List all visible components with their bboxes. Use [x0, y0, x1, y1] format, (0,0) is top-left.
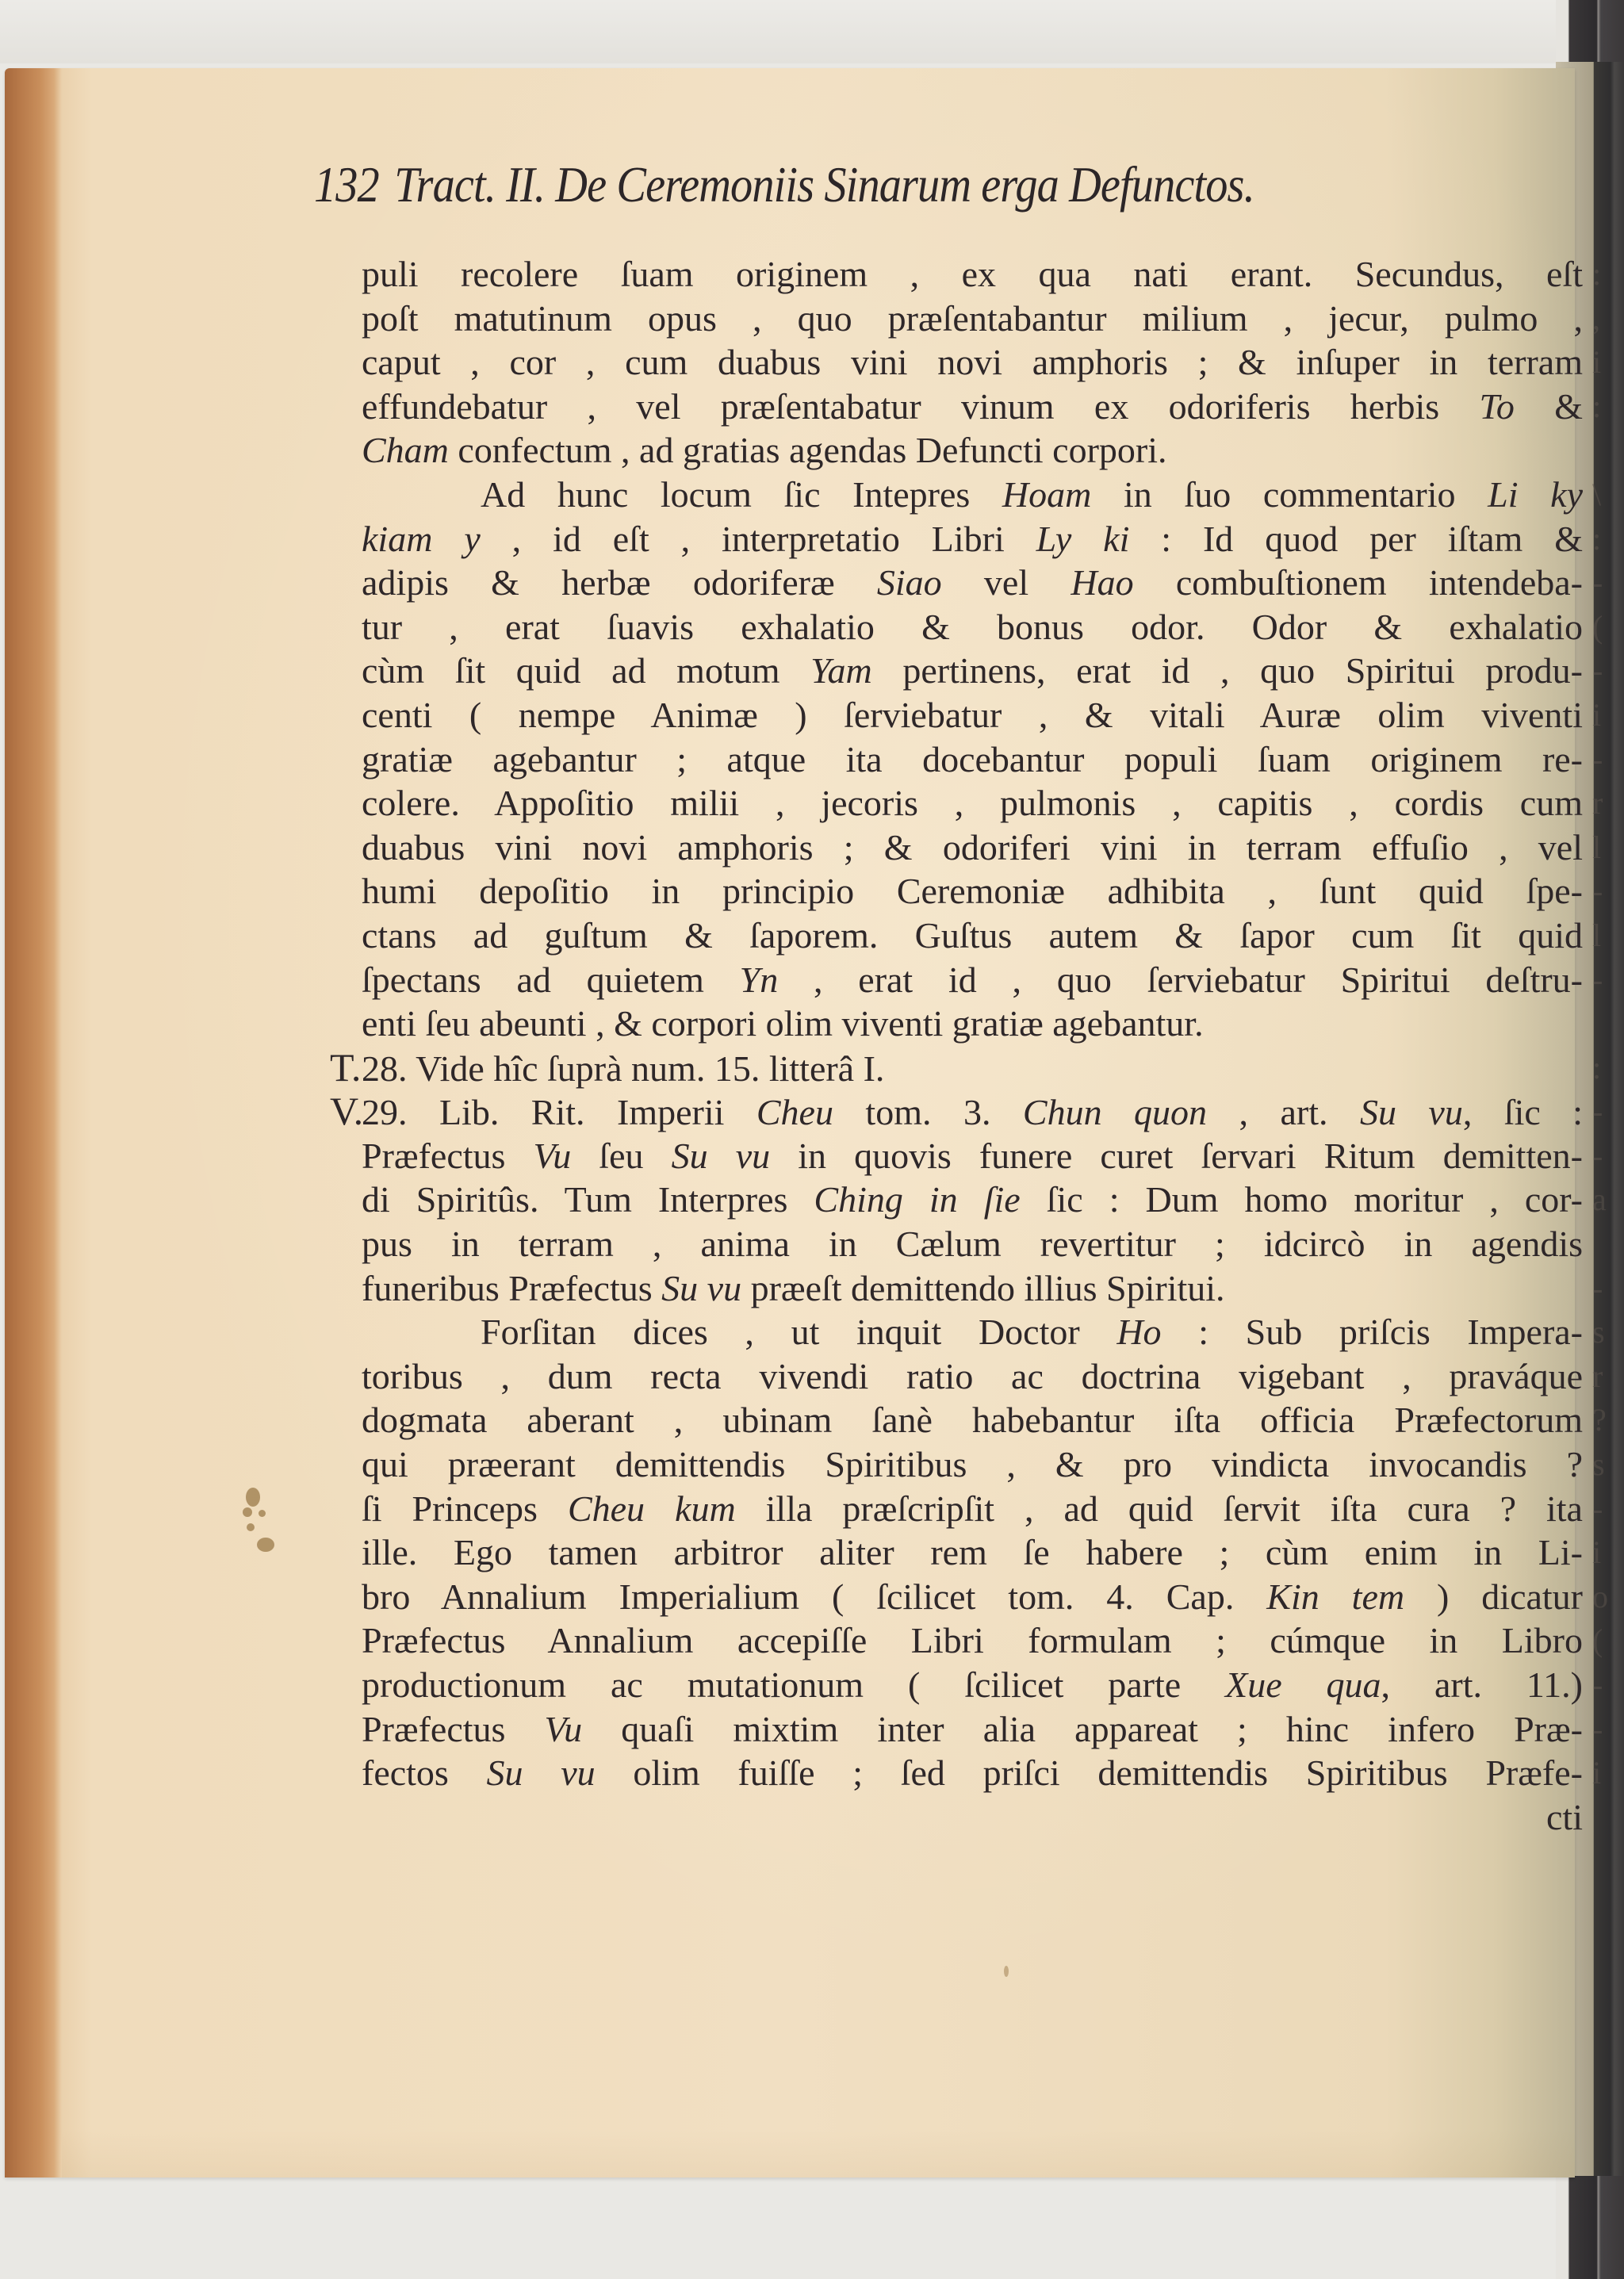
text-line: Præfectus Annalium accepiſſe Libri formu…: [362, 1618, 1583, 1663]
text-line: cùm ſit quid ad motum Yam pertinens, era…: [362, 649, 1583, 693]
text-run: , art.: [1207, 1092, 1360, 1132]
romanized-term: Siao: [877, 562, 942, 603]
romanized-term: Su vu: [672, 1136, 771, 1176]
text-run: : Id quod per iſtam &: [1129, 519, 1583, 559]
text-run: confectum , ad gratias agendas Defuncti …: [449, 430, 1167, 470]
text-run: &: [1515, 386, 1583, 427]
text-run: , id eſt , interpretatio Libri: [481, 519, 1036, 559]
scan-background: [0, 0, 1624, 63]
text-run: Præfectus: [362, 1709, 545, 1749]
text-run: combuſtionem intendeba-: [1134, 562, 1583, 603]
note-label: V.: [330, 1090, 362, 1134]
note-label: T.: [330, 1046, 362, 1090]
running-title: Tract. II. De Ceremoniis Sinarum erga De…: [394, 156, 1254, 213]
ink-stain: [246, 1488, 260, 1507]
text-run: præeſt demittendo illius Spiritui.: [741, 1268, 1224, 1308]
text-run: dogmata aberant , ubinam ſanè habebantur…: [362, 1400, 1583, 1440]
text-run: humi depoſitio in principio Ceremoniæ ad…: [362, 871, 1583, 911]
text-line: qui præerant demittendis Spiritibus , & …: [362, 1442, 1583, 1487]
text-run: ſpectans ad quietem: [362, 959, 740, 1000]
catchword: cti: [1546, 1797, 1583, 1837]
text-run: , ſic :: [1463, 1092, 1583, 1132]
text-line: effundebatur , vel præſentabatur vinum e…: [362, 385, 1583, 429]
text-line: Præfectus Vu ſeu Su vu in quovis funere …: [362, 1134, 1583, 1178]
text-run: ) dicatur: [1404, 1576, 1583, 1617]
romanized-term: Ching in ſie: [814, 1179, 1020, 1220]
text-line: gratiæ agebantur ; atque ita docebantur …: [362, 737, 1583, 782]
text-line: funeribus Præfectus Su vu præeſt demitte…: [362, 1266, 1583, 1311]
text-line: ſi Princeps Cheu kum illa præſcripſit , …: [362, 1487, 1583, 1531]
romanized-term: Vu: [545, 1709, 583, 1749]
text-run: , erat id , quo ſerviebatur Spiritui deſ…: [778, 959, 1583, 1000]
ink-stain: [247, 1523, 255, 1531]
text-run: qui præerant demittendis Spiritibus , & …: [362, 1444, 1583, 1484]
text-run: pertinens, erat id , quo Spiritui produ-: [872, 650, 1583, 691]
text-line: di Spiritûs. Tum Interpres Ching in ſie …: [362, 1178, 1583, 1222]
text-run: adipis & herbæ odoriferæ: [362, 562, 877, 603]
text-run: puli recolere ſuam originem , ex qua nat…: [362, 254, 1583, 294]
text-line: duabus vini novi amphoris ; & odoriferi …: [362, 825, 1583, 870]
text-run: ſeu: [571, 1136, 671, 1176]
text-run: olim fuiſſe ; ſed priſci demittendis Spi…: [596, 1752, 1583, 1793]
romanized-term: Cheu kum: [568, 1488, 736, 1529]
romanized-term: Kin tem: [1266, 1576, 1404, 1617]
text-line: caput , cor , cum duabus vini novi ampho…: [362, 340, 1583, 385]
ink-stain: [257, 1538, 274, 1552]
catchword-line: cti: [362, 1795, 1583, 1840]
text-run: ſi Princeps: [362, 1488, 568, 1529]
body-text: puli recolere ſuam originem , ex qua nat…: [362, 252, 1583, 1839]
text-run: ille. Ego tamen arbitror aliter rem ſe h…: [362, 1532, 1583, 1572]
text-run: enti ſeu abeunti , & corpori olim vivent…: [362, 1003, 1204, 1044]
text-run: illa præſcripſit , ad quid ſervit iſta c…: [736, 1488, 1583, 1529]
text-line: Cham confectum , ad gratias agendas Defu…: [362, 428, 1583, 473]
text-run: , art. 11.): [1381, 1664, 1583, 1705]
text-run: productionum ac mutationum ( ſcilicet pa…: [362, 1664, 1225, 1705]
ink-stain: [259, 1510, 266, 1517]
text-line: toribus , dum recta vivendi ratio ac doc…: [362, 1354, 1583, 1399]
text-run: Præfectus Annalium accepiſſe Libri formu…: [362, 1620, 1583, 1660]
text-line: productionum ac mutationum ( ſcilicet pa…: [362, 1663, 1583, 1707]
romanized-term: Cham: [362, 430, 449, 470]
text-run: caput , cor , cum duabus vini novi ampho…: [362, 342, 1583, 382]
text-line: ſpectans ad quietem Yn , erat id , quo ſ…: [362, 958, 1583, 1002]
romanized-term: Ho: [1116, 1312, 1161, 1352]
text-run: Forſitan dices , ut inquit Doctor: [481, 1312, 1116, 1352]
text-line: dogmata aberant , ubinam ſanè habebantur…: [362, 1398, 1583, 1442]
text-run: effundebatur , vel præſentabatur vinum e…: [362, 386, 1480, 427]
text-run: di Spiritûs. Tum Interpres: [362, 1179, 814, 1220]
romanized-term: Xue qua: [1225, 1664, 1381, 1705]
running-head: 132Tract. II. De Ceremoniis Sinarum erga…: [314, 155, 1438, 214]
text-run: tom. 3.: [833, 1092, 1023, 1132]
ink-stain: [1004, 1966, 1009, 1977]
text-line: kiam y , id eſt , interpretatio Libri Ly…: [362, 517, 1583, 561]
book-page: 132Tract. II. De Ceremoniis Sinarum erga…: [5, 68, 1575, 2177]
bleed-through-margin: : , i : \ : - ( - i - r l - l - : - - a …: [1592, 252, 1611, 1795]
text-run: centi ( nempe Animæ ) ſerviebatur , & vi…: [362, 695, 1583, 735]
text-line: tur , erat ſuavis exhalatio & bonus odor…: [362, 605, 1583, 649]
text-run: 28. Vide hîc ſuprà num. 15. litterâ I.: [362, 1048, 884, 1089]
page-number: 132: [314, 156, 379, 213]
romanized-term: To: [1480, 386, 1515, 427]
text-line: bro Annalium Imperialium ( ſcilicet tom.…: [362, 1575, 1583, 1619]
romanized-term: Hoam: [1002, 474, 1091, 515]
text-line: fectos Su vu olim fuiſſe ; ſed priſci de…: [362, 1751, 1583, 1795]
text-run: ctans ad guſtum & ſaporem. Guſtus autem …: [362, 915, 1583, 956]
romanized-term: Li ky: [1488, 474, 1583, 515]
romanized-term: kiam y: [362, 519, 481, 559]
romanized-term: Su vu: [487, 1752, 596, 1793]
note-entry-v: V.29. Lib. Rit. Imperii Cheu tom. 3. Chu…: [330, 1090, 1583, 1134]
text-run: in ſuo commentario: [1091, 474, 1488, 515]
text-run: ſic : Dum homo moritur , cor-: [1021, 1179, 1583, 1220]
text-run: Ad hunc locum ſic Intepres: [481, 474, 1002, 515]
romanized-term: Yam: [810, 650, 872, 691]
text-line: puli recolere ſuam originem , ex qua nat…: [362, 252, 1583, 297]
text-run: Præfectus: [362, 1136, 534, 1176]
romanized-term: Su vu: [1360, 1092, 1463, 1132]
note-entry-t: T.28. Vide hîc ſuprà num. 15. litterâ I.: [330, 1046, 1583, 1090]
ink-stain: [243, 1507, 252, 1517]
text-run: gratiæ agebantur ; atque ita docebantur …: [362, 739, 1583, 779]
romanized-term: Ly ki: [1036, 519, 1130, 559]
text-line: Præfectus Vu quaſi mixtim inter alia app…: [362, 1707, 1583, 1752]
text-run: in quovis funere curet ſervari Ritum dem…: [770, 1136, 1583, 1176]
paragraph-start: Forſitan dices , ut inquit Doctor Ho : S…: [362, 1310, 1583, 1354]
scanner-bar-top: [1556, 0, 1624, 62]
text-run: vel: [942, 562, 1071, 603]
romanized-term: Chun quon: [1023, 1092, 1207, 1132]
romanized-term: Yn: [740, 959, 779, 1000]
text-run: colere. Appoſitio milii , jecoris , pulm…: [362, 783, 1583, 823]
text-line: ille. Ego tamen arbitror aliter rem ſe h…: [362, 1530, 1583, 1575]
text-run: duabus vini novi amphoris ; & odoriferi …: [362, 827, 1583, 868]
text-run: : Sub priſcis Impera-: [1162, 1312, 1583, 1352]
text-run: fectos: [362, 1752, 487, 1793]
text-line: ctans ad guſtum & ſaporem. Guſtus autem …: [362, 914, 1583, 958]
text-line: poſt matutinum opus , quo præſentabantur…: [362, 297, 1583, 341]
text-run: 29. Lib. Rit. Imperii: [362, 1092, 756, 1132]
romanized-term: Cheu: [756, 1092, 833, 1132]
romanized-term: Su vu: [661, 1268, 741, 1308]
text-run: poſt matutinum opus , quo præſentabantur…: [362, 298, 1583, 339]
paragraph-start: Ad hunc locum ſic Intepres Hoam in ſuo c…: [362, 473, 1583, 517]
text-run: quaſi mixtim inter alia appareat ; hinc …: [582, 1709, 1583, 1749]
text-line: colere. Appoſitio milii , jecoris , pulm…: [362, 781, 1583, 825]
text-line: enti ſeu abeunti , & corpori olim vivent…: [362, 1002, 1583, 1046]
text-run: toribus , dum recta vivendi ratio ac doc…: [362, 1356, 1583, 1396]
text-run: cùm ſit quid ad motum: [362, 650, 810, 691]
romanized-term: Vu: [534, 1136, 572, 1176]
text-line: centi ( nempe Animæ ) ſerviebatur , & vi…: [362, 693, 1583, 737]
romanized-term: Hao: [1071, 562, 1133, 603]
scanner-bar-bottom: [1556, 2176, 1624, 2279]
text-run: pus in terram , anima in Cælum revertitu…: [362, 1224, 1583, 1264]
text-run: tur , erat ſuavis exhalatio & bonus odor…: [362, 607, 1583, 647]
text-run: funeribus Præfectus: [362, 1268, 661, 1308]
text-line: humi depoſitio in principio Ceremoniæ ad…: [362, 869, 1583, 914]
text-line: adipis & herbæ odoriferæ Siao vel Hao co…: [362, 561, 1583, 605]
text-run: bro Annalium Imperialium ( ſcilicet tom.…: [362, 1576, 1266, 1617]
text-line: pus in terram , anima in Cælum revertitu…: [362, 1222, 1583, 1266]
